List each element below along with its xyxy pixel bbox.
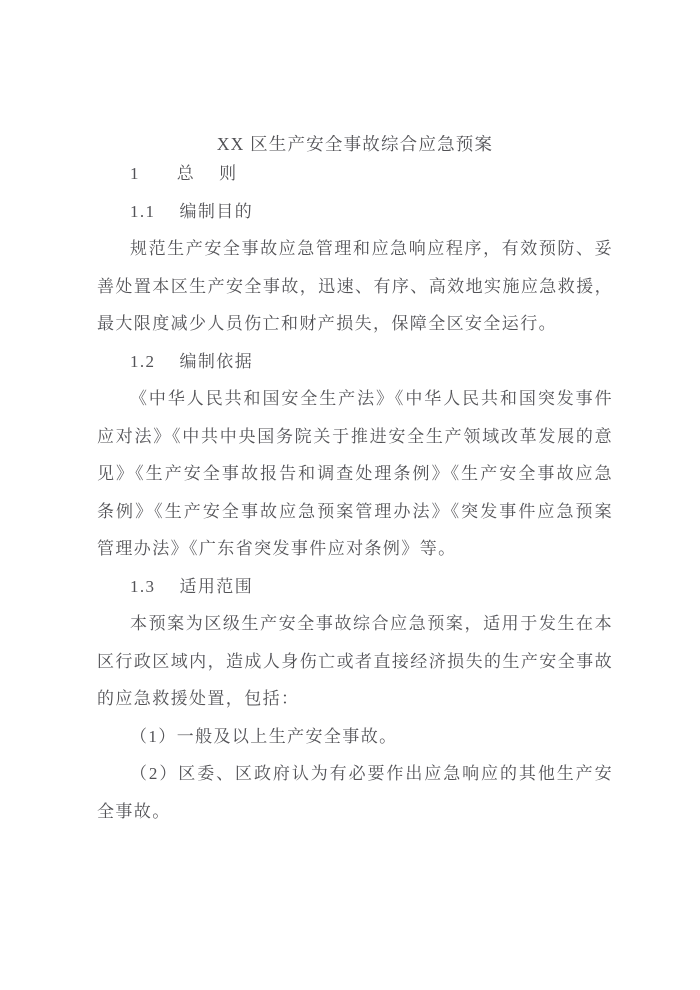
document-title: XX 区生产安全事故综合应急预案 <box>97 134 613 155</box>
list-item-1: （1）一般及以上生产安全事故。 <box>97 718 613 756</box>
document-page: XX 区生产安全事故综合应急预案 1 总 则 1.1 编制目的 规范生产安全事故… <box>0 0 700 990</box>
document-content: XX 区生产安全事故综合应急预案 1 总 则 1.1 编制目的 规范生产安全事故… <box>97 134 613 830</box>
subsection-heading-1-3: 1.3 适用范围 <box>97 568 613 606</box>
subsection-heading-1-2: 1.2 编制依据 <box>97 343 613 381</box>
paragraph-purpose: 规范生产安全事故应急管理和应急响应程序，有效预防、妥善处置本区生产安全事故，迅速… <box>97 230 613 343</box>
section-heading-1: 1 总 则 <box>97 155 613 193</box>
subsection-heading-1-1: 1.1 编制目的 <box>97 193 613 231</box>
list-item-2: （2）区委、区政府认为有必要作出应急响应的其他生产安全事故。 <box>97 755 613 830</box>
paragraph-scope: 本预案为区级生产安全事故综合应急预案，适用于发生在本区行政区域内，造成人身伤亡或… <box>97 605 613 718</box>
paragraph-basis: 《中华人民共和国安全生产法》《中华人民共和国突发事件应对法》《中共中央国务院关于… <box>97 380 613 568</box>
